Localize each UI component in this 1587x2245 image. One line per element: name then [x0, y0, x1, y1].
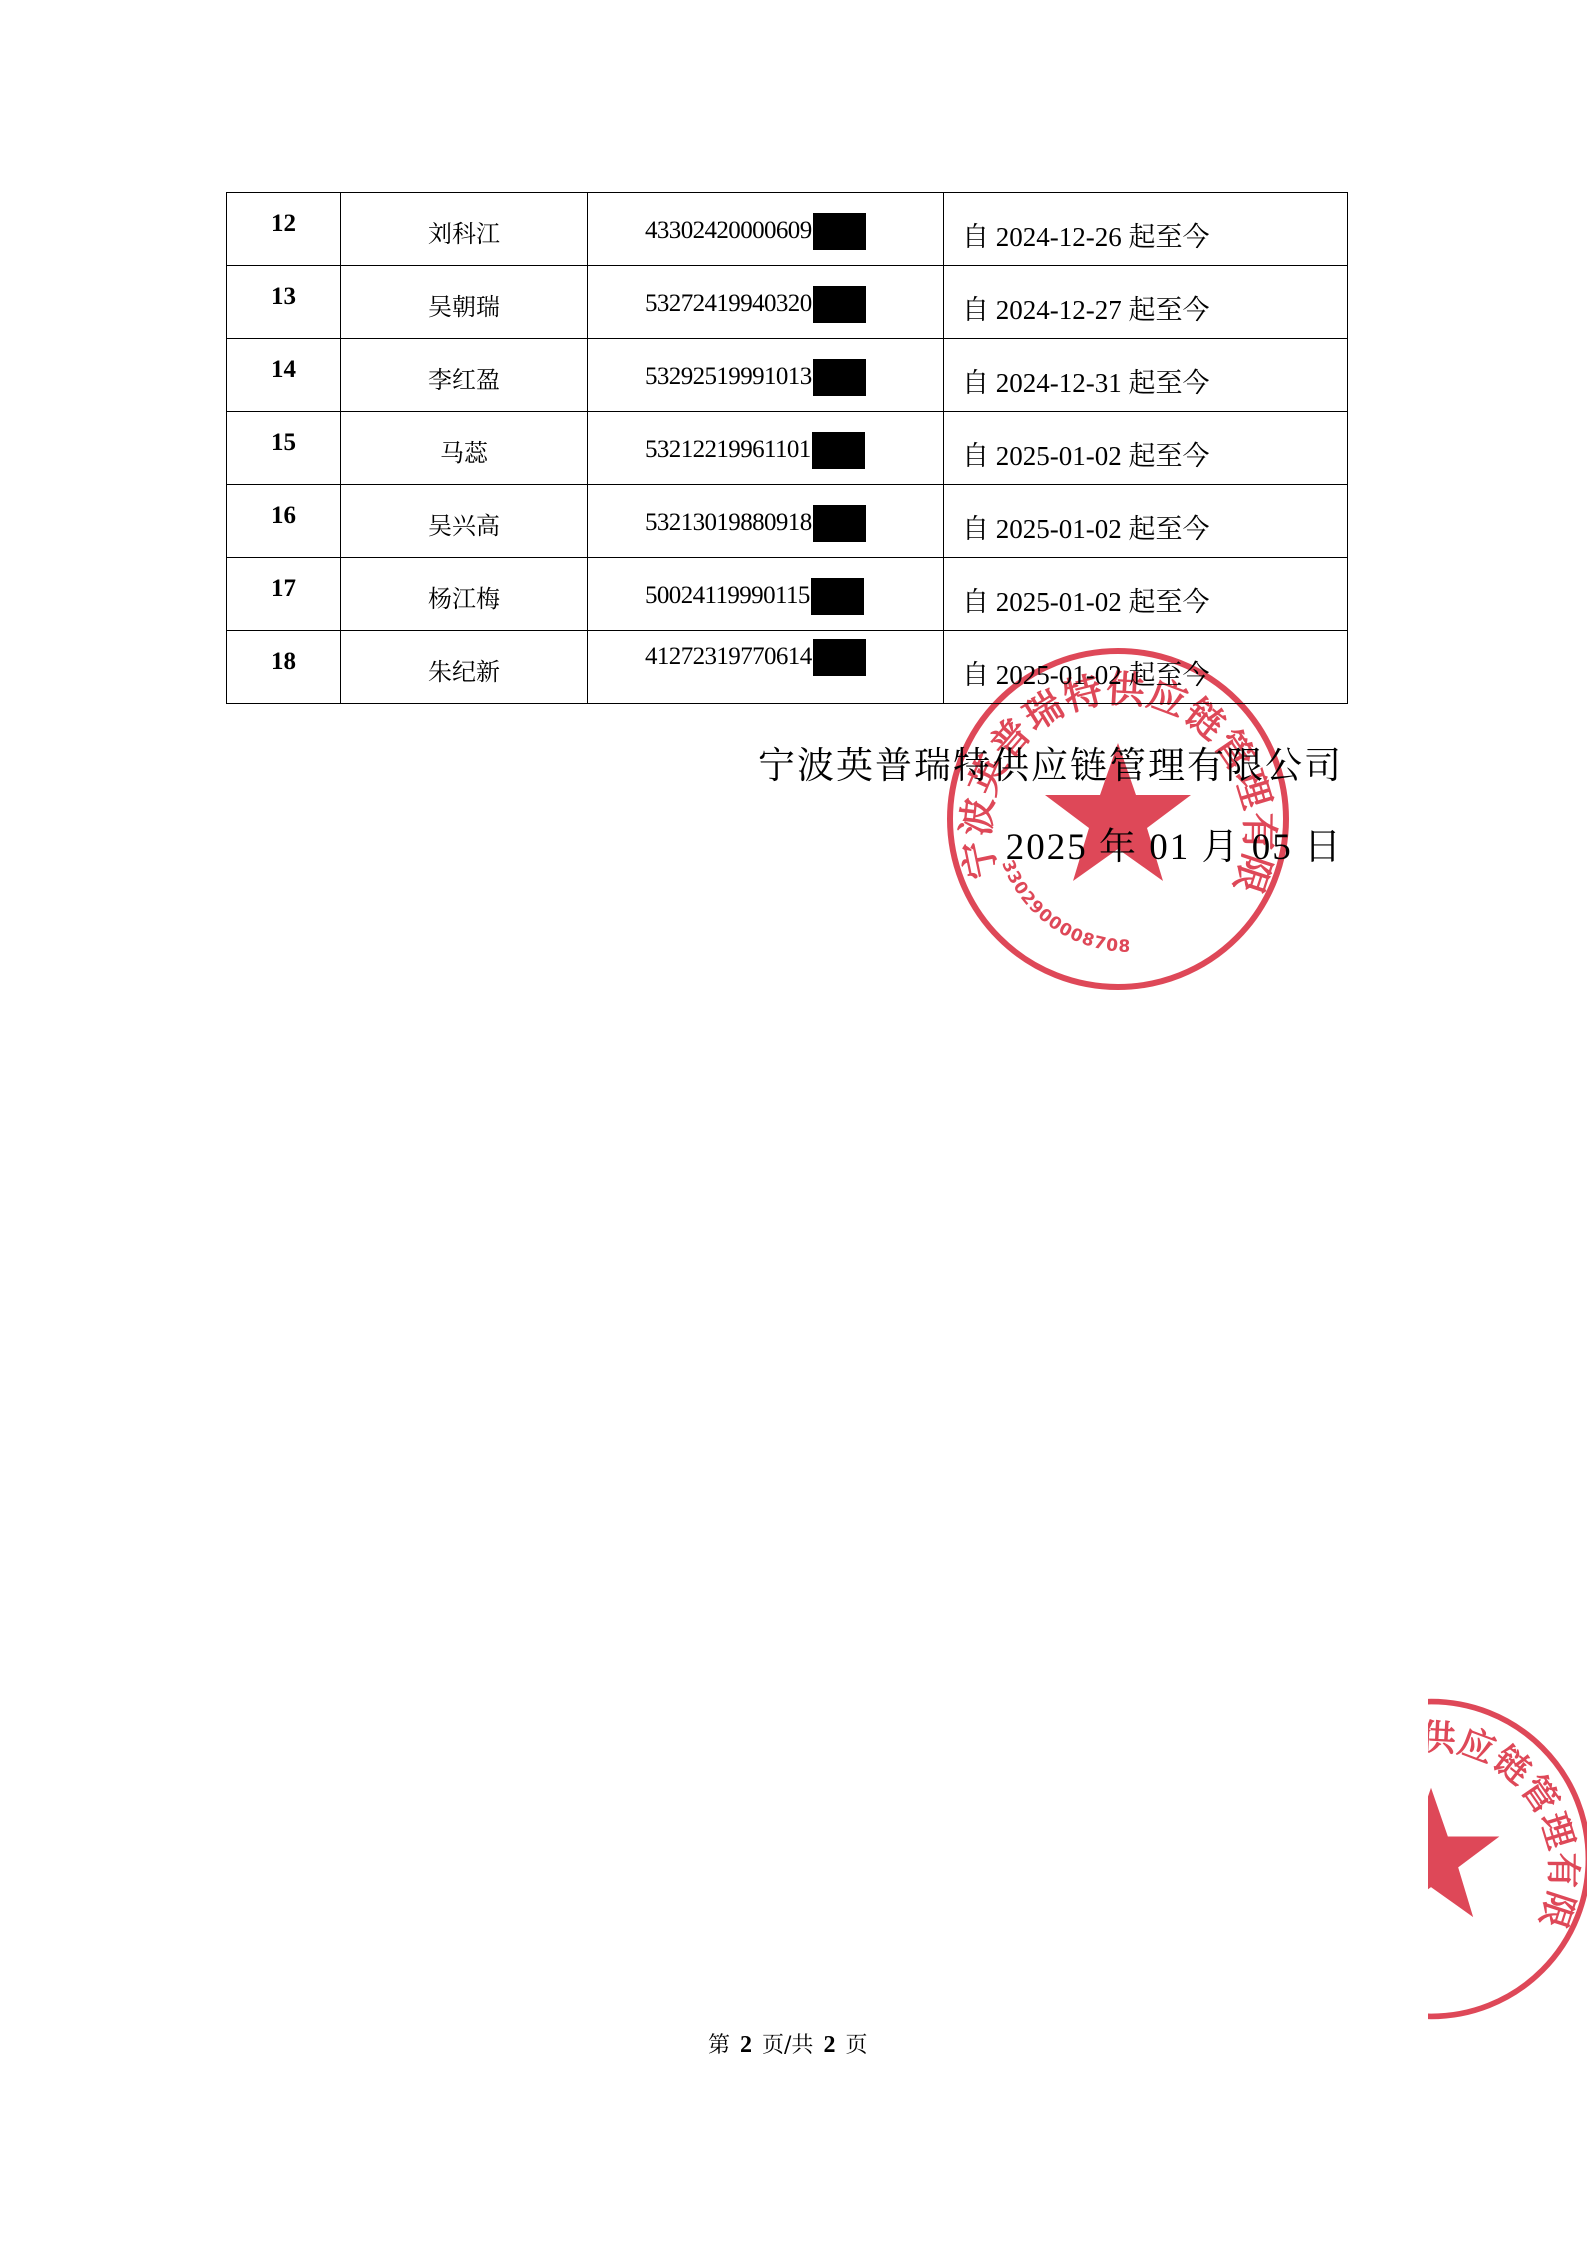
svg-text:宁波英普瑞特供应链管理有限公司: 宁波英普瑞特供应链管理有限公司 [1428, 1696, 1583, 1934]
document-page: 12刘科江43302420000609自 2024-12-26 起至今13吴朝瑞… [0, 0, 1587, 2245]
employment-period: 自 2024-12-31 起至今 [962, 368, 1209, 398]
name-cell: 杨江梅 [341, 558, 588, 631]
row-number: 13 [271, 283, 296, 310]
period-cell: 自 2025-01-02 起至今 [944, 631, 1348, 704]
period-cell: 自 2024-12-31 起至今 [944, 339, 1348, 412]
employee-name: 刘科江 [428, 220, 500, 248]
id-number-cell: 53213019880918 [588, 485, 944, 558]
period-cell: 自 2024-12-26 起至今 [944, 193, 1348, 266]
period-cell: 自 2024-12-27 起至今 [944, 266, 1348, 339]
table-row: 17杨江梅50024119990115自 2025-01-02 起至今 [227, 558, 1348, 631]
signature-date: 2025 年 01 月 05 日 [1006, 816, 1343, 870]
employment-period: 自 2025-01-02 起至今 [962, 587, 1209, 617]
id-number-cell: 41272319770614 [588, 631, 944, 704]
redaction-mask [813, 359, 866, 396]
current-page-number: 2 [740, 2032, 752, 2058]
employment-period: 自 2025-01-02 起至今 [962, 514, 1209, 544]
row-number-cell: 14 [227, 339, 341, 412]
employee-name: 吴兴高 [428, 512, 500, 540]
period-cell: 自 2025-01-02 起至今 [944, 485, 1348, 558]
employment-period: 自 2025-01-02 起至今 [962, 660, 1209, 690]
employment-period: 自 2024-12-26 起至今 [962, 222, 1209, 252]
name-cell: 刘科江 [341, 193, 588, 266]
redaction-mask [813, 286, 866, 323]
name-cell: 马蕊 [341, 412, 588, 485]
id-number: 50024119990115 [645, 582, 810, 610]
table-row: 12刘科江43302420000609自 2024-12-26 起至今 [227, 193, 1348, 266]
row-number: 17 [271, 575, 296, 602]
row-number: 15 [271, 429, 296, 456]
employment-period: 自 2024-12-27 起至今 [962, 295, 1209, 325]
period-cell: 自 2025-01-02 起至今 [944, 558, 1348, 631]
page-footer: 第2页/共2页 [708, 2028, 867, 2059]
redaction-mask [811, 578, 864, 615]
row-number-cell: 15 [227, 412, 341, 485]
row-number: 16 [271, 502, 296, 529]
table-row: 14李红盈53292519991013自 2024-12-31 起至今 [227, 339, 1348, 412]
id-number-cell: 50024119990115 [588, 558, 944, 631]
employment-period: 自 2025-01-02 起至今 [962, 441, 1209, 471]
table-row: 16吴兴高53213019880918自 2025-01-02 起至今 [227, 485, 1348, 558]
redaction-mask [813, 639, 866, 676]
redaction-mask [813, 505, 866, 542]
id-number-cell: 53292519991013 [588, 339, 944, 412]
id-number: 41272319770614 [645, 643, 812, 671]
footer-middle: 页/共 [762, 2033, 813, 2058]
id-number: 53292519991013 [645, 363, 812, 391]
name-cell: 吴兴高 [341, 485, 588, 558]
seam-seal-icon: 宁波英普瑞特供应链管理有限公司 [1428, 1696, 1587, 2022]
employee-name: 李红盈 [428, 366, 500, 394]
row-number-cell: 12 [227, 193, 341, 266]
employee-name: 朱纪新 [428, 658, 500, 686]
svg-text:3302900008708: 3302900008708 [997, 857, 1131, 957]
id-number: 53272419940320 [645, 290, 812, 318]
table-row: 13吴朝瑞53272419940320自 2024-12-27 起至今 [227, 266, 1348, 339]
id-number: 53212219961101 [645, 436, 811, 464]
id-number-cell: 43302420000609 [588, 193, 944, 266]
id-number-cell: 53272419940320 [588, 266, 944, 339]
redaction-mask [813, 213, 866, 250]
total-pages-number: 2 [823, 2032, 835, 2058]
footer-prefix: 第 [708, 2033, 730, 2058]
table-row: 18朱纪新41272319770614自 2025-01-02 起至今 [227, 631, 1348, 704]
name-cell: 朱纪新 [341, 631, 588, 704]
row-number-cell: 13 [227, 266, 341, 339]
period-cell: 自 2025-01-02 起至今 [944, 412, 1348, 485]
row-number-cell: 18 [227, 631, 341, 704]
company-name: 宁波英普瑞特供应链管理有限公司 [758, 735, 1343, 789]
row-number: 14 [271, 356, 296, 383]
row-number-cell: 16 [227, 485, 341, 558]
row-number: 12 [271, 210, 296, 237]
employee-name: 吴朝瑞 [428, 293, 500, 321]
employee-name: 马蕊 [440, 439, 488, 467]
name-cell: 李红盈 [341, 339, 588, 412]
row-number: 18 [271, 648, 296, 675]
redaction-mask [812, 432, 865, 469]
employee-table: 12刘科江43302420000609自 2024-12-26 起至今13吴朝瑞… [226, 192, 1348, 704]
table-row: 15马蕊53212219961101自 2025-01-02 起至今 [227, 412, 1348, 485]
name-cell: 吴朝瑞 [341, 266, 588, 339]
id-number: 43302420000609 [645, 217, 812, 245]
footer-suffix: 页 [845, 2033, 867, 2058]
row-number-cell: 17 [227, 558, 341, 631]
employee-name: 杨江梅 [428, 585, 500, 613]
id-number-cell: 53212219961101 [588, 412, 944, 485]
id-number: 53213019880918 [645, 509, 812, 537]
